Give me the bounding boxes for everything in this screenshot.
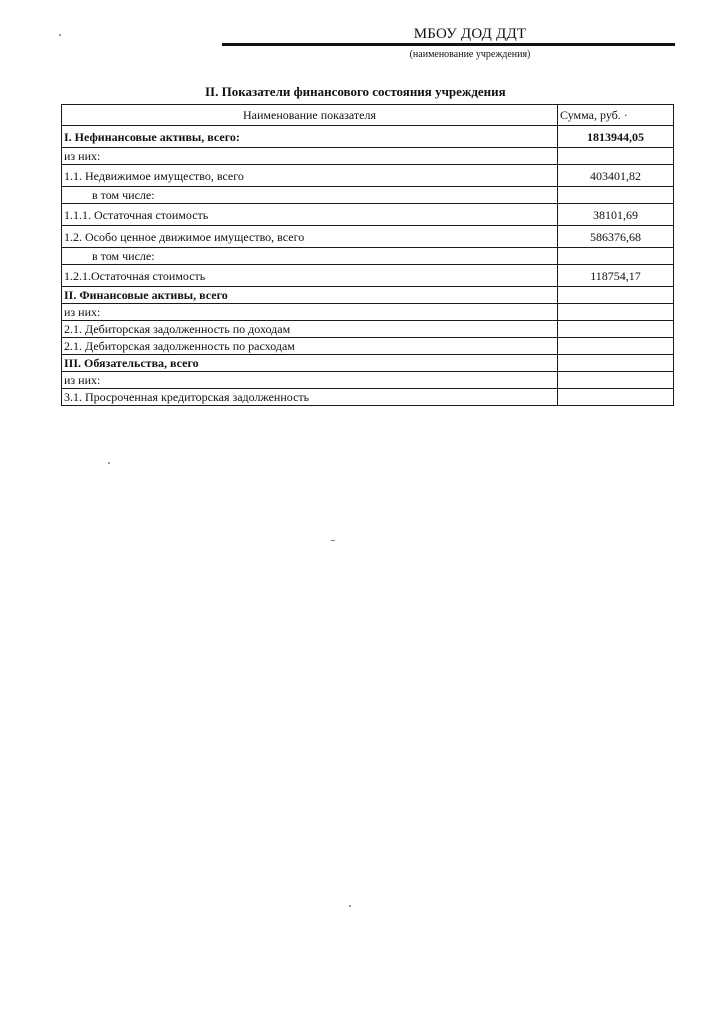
indicator-sum bbox=[558, 304, 674, 321]
table-row: из них: bbox=[62, 372, 674, 389]
indicator-sum bbox=[558, 187, 674, 204]
column-header-indicator: Наименование показателя bbox=[62, 105, 558, 126]
organization-underline bbox=[222, 43, 675, 46]
table-row: 1.2.1.Остаточная стоимость118754,17 bbox=[62, 265, 674, 287]
indicator-sum bbox=[558, 355, 674, 372]
indicator-name: II. Финансовые активы, всего bbox=[62, 287, 558, 304]
table-header-row: Наименование показателя Сумма, руб. · bbox=[62, 105, 674, 126]
indicator-sum bbox=[558, 338, 674, 355]
indicator-name: 1.1.1. Остаточная стоимость bbox=[62, 204, 558, 226]
indicator-name: из них: bbox=[62, 372, 558, 389]
table-row: I. Нефинансовые активы, всего:1813944,05 bbox=[62, 126, 674, 148]
indicator-name: III. Обязательства, всего bbox=[62, 355, 558, 372]
table-row: 2.1. Дебиторская задолженность по расход… bbox=[62, 338, 674, 355]
indicator-name: 1.2. Особо ценное движимое имущество, вс… bbox=[62, 226, 558, 248]
table-row: 1.2. Особо ценное движимое имущество, вс… bbox=[62, 226, 674, 248]
indicator-sum bbox=[558, 372, 674, 389]
table-row: 3.1. Просроченная кредиторская задолженн… bbox=[62, 389, 674, 406]
indicator-sum bbox=[558, 148, 674, 165]
table-row: в том числе: bbox=[62, 187, 674, 204]
indicator-sum bbox=[558, 248, 674, 265]
scan-speck bbox=[108, 462, 110, 464]
indicator-name: из них: bbox=[62, 304, 558, 321]
indicator-sum bbox=[558, 287, 674, 304]
table-row: из них: bbox=[62, 304, 674, 321]
indicator-sum: 118754,17 bbox=[558, 265, 674, 287]
indicator-sum: 403401,82 bbox=[558, 165, 674, 187]
scan-speck bbox=[349, 905, 351, 907]
section-title: II. Показатели финансового состояния учр… bbox=[205, 84, 535, 100]
indicator-name: 3.1. Просроченная кредиторская задолженн… bbox=[62, 389, 558, 406]
indicator-sum bbox=[558, 389, 674, 406]
organization-name: МБОУ ДОД ДДТ bbox=[390, 26, 550, 43]
indicator-sum: 586376,68 bbox=[558, 226, 674, 248]
indicator-sum: 38101,69 bbox=[558, 204, 674, 226]
scan-speck bbox=[59, 34, 61, 36]
organization-caption: (наименование учреждения) bbox=[370, 49, 570, 60]
indicator-name: из них: bbox=[62, 148, 558, 165]
table-row: II. Финансовые активы, всего bbox=[62, 287, 674, 304]
table-row: из них: bbox=[62, 148, 674, 165]
indicator-name: 1.2.1.Остаточная стоимость bbox=[62, 265, 558, 287]
indicator-name: 2.1. Дебиторская задолженность по расход… bbox=[62, 338, 558, 355]
indicator-name: в том числе: bbox=[62, 248, 558, 265]
column-header-sum: Сумма, руб. · bbox=[558, 105, 674, 126]
indicator-name: 2.1. Дебиторская задолженность по дохода… bbox=[62, 321, 558, 338]
table-row: 2.1. Дебиторская задолженность по дохода… bbox=[62, 321, 674, 338]
table-row: 1.1. Недвижимое имущество, всего403401,8… bbox=[62, 165, 674, 187]
indicator-sum bbox=[558, 321, 674, 338]
table-row: в том числе: bbox=[62, 248, 674, 265]
indicator-name: в том числе: bbox=[62, 187, 558, 204]
table-row: 1.1.1. Остаточная стоимость38101,69 bbox=[62, 204, 674, 226]
indicator-sum: 1813944,05 bbox=[558, 126, 674, 148]
indicator-name: I. Нефинансовые активы, всего: bbox=[62, 126, 558, 148]
indicator-name: 1.1. Недвижимое имущество, всего bbox=[62, 165, 558, 187]
financial-indicators-table: Наименование показателя Сумма, руб. · I.… bbox=[61, 104, 674, 406]
table-row: III. Обязательства, всего bbox=[62, 355, 674, 372]
scan-speck bbox=[331, 540, 335, 541]
